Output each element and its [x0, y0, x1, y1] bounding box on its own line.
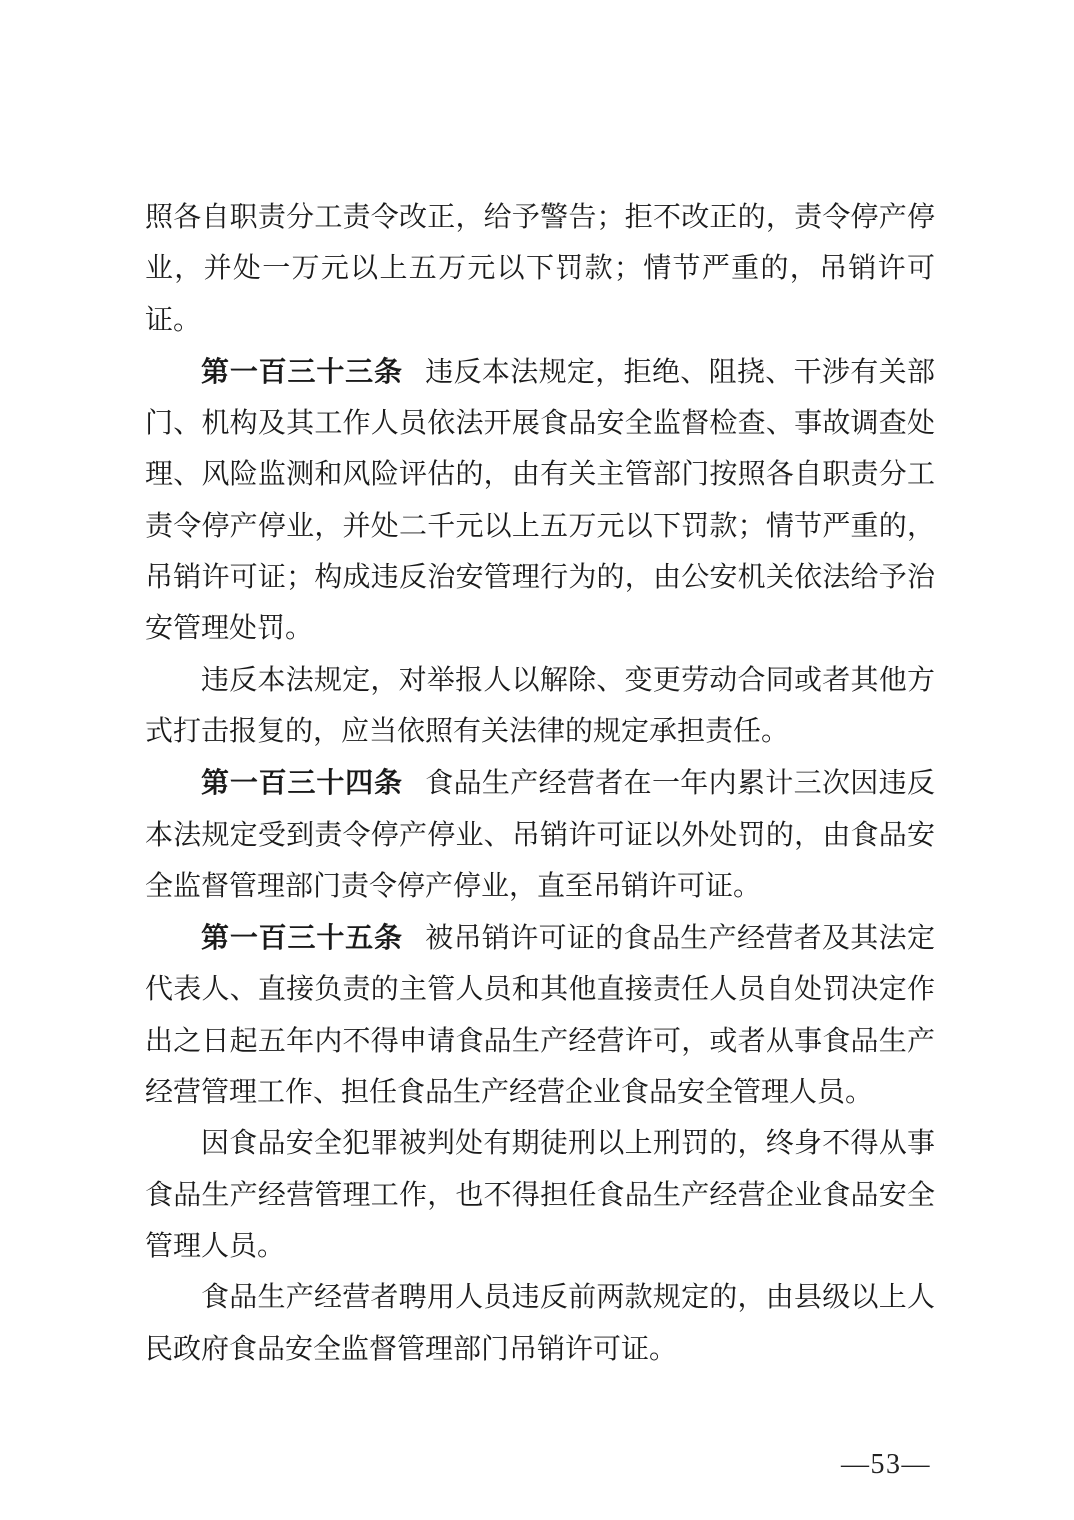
article-number: 第一百三十三条 — [201, 355, 403, 388]
document-page: 照各自职责分工责令改正，给予警告；拒不改正的，责令停产停业，并处一万元以上五万元… — [0, 0, 1074, 1520]
paragraph: 照各自职责分工责令改正，给予警告；拒不改正的，责令停产停业，并处一万元以上五万元… — [145, 192, 935, 346]
paragraph-text: 食品生产经营者聘用人员违反前两款规定的，由县级以上人民政府食品安全监督管理部门吊… — [145, 1282, 935, 1364]
paragraph-text: 违反本法规定，对举报人以解除、变更劳动合同或者其他方式打击报复的，应当依照有关法… — [145, 665, 935, 747]
paragraph-text: 因食品安全犯罪被判处有期徒刑以上刑罚的，终身不得从事食品生产经营管理工作，也不得… — [145, 1128, 935, 1262]
paragraph: 第一百三十三条违反本法规定，拒绝、阻挠、干涉有关部门、机构及其工作人员依法开展食… — [145, 346, 935, 655]
paragraph: 因食品安全犯罪被判处有期徒刑以上刑罚的，终身不得从事食品生产经营管理工作，也不得… — [145, 1118, 935, 1272]
article-number: 第一百三十四条 — [201, 766, 403, 799]
paragraph: 食品生产经营者聘用人员违反前两款规定的，由县级以上人民政府食品安全监督管理部门吊… — [145, 1272, 935, 1375]
paragraph-text: 照各自职责分工责令改正，给予警告；拒不改正的，责令停产停业，并处一万元以上五万元… — [145, 202, 935, 336]
paragraph: 违反本法规定，对举报人以解除、变更劳动合同或者其他方式打击报复的，应当依照有关法… — [145, 655, 935, 758]
page-number: —53— — [841, 1449, 931, 1481]
paragraph: 第一百三十五条被吊销许可证的食品生产经营者及其法定代表人、直接负责的主管人员和其… — [145, 912, 935, 1118]
article-number: 第一百三十五条 — [201, 921, 403, 954]
document-body: 照各自职责分工责令改正，给予警告；拒不改正的，责令停产停业，并处一万元以上五万元… — [145, 192, 935, 1375]
paragraph: 第一百三十四条食品生产经营者在一年内累计三次因违反本法规定受到责令停产停业、吊销… — [145, 757, 935, 912]
paragraph-text: 违反本法规定，拒绝、阻挠、干涉有关部门、机构及其工作人员依法开展食品安全监督检查… — [145, 357, 935, 644]
